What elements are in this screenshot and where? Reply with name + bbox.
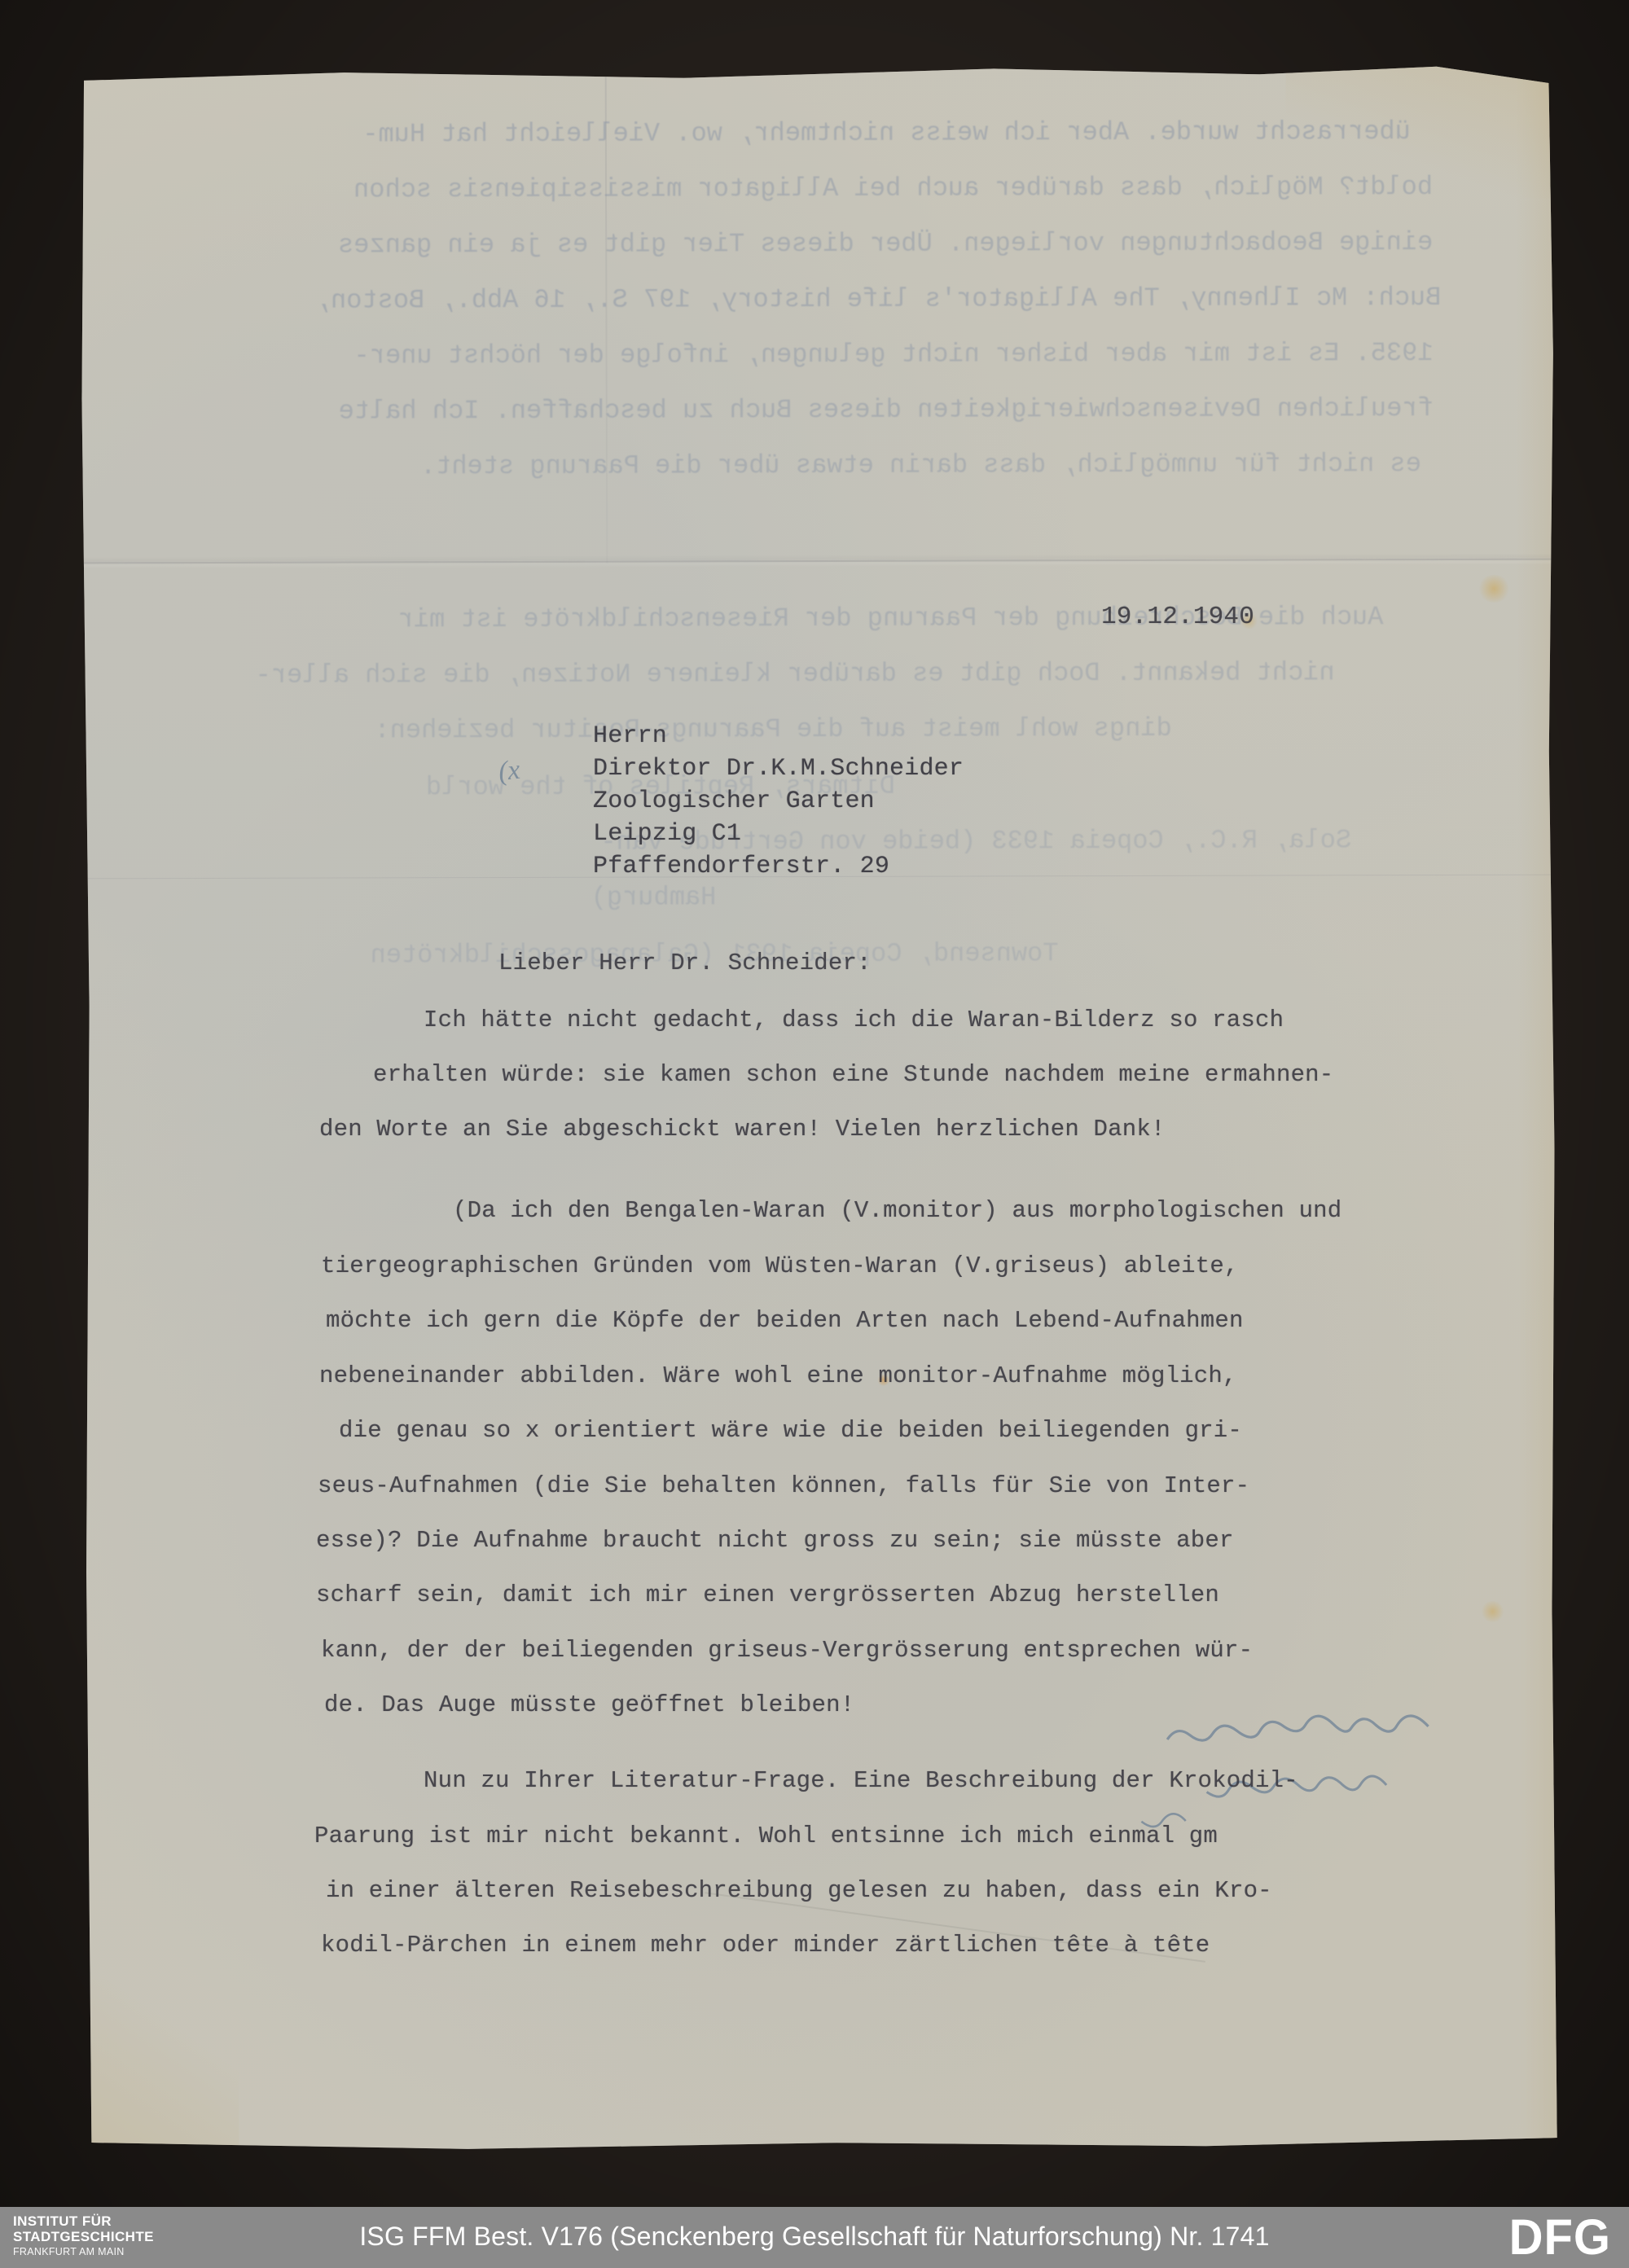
typed-line: erhalten würde: sie kamen schon eine Stu… (373, 1063, 1333, 1086)
typed-line: Ich hätte nicht gedacht, dass ich die Wa… (424, 1008, 1284, 1032)
bleedthrough-line: freulichen Devisenschwierigkeiten dieses… (338, 396, 1433, 425)
bleedthrough-line: 1935. Es ist mir aber bisher nicht gelun… (354, 340, 1434, 369)
recipient-line: Herrn (593, 720, 964, 752)
bleedthrough-line: Buch: Mc Ilhenny, The Alligator's life h… (315, 285, 1442, 314)
crease-horizontal-upper (80, 559, 1556, 564)
dfg-logo: DFG (1509, 2209, 1611, 2266)
bleedthrough-line: überrascht wurde. Aber ich weiss nichtme… (362, 119, 1411, 147)
paper-edge-tint-bottom-left (84, 1979, 239, 2158)
salutation: Lieber Herr Dr. Schneider: (498, 951, 872, 975)
paper-fold-top-right (1286, 60, 1555, 200)
typed-line: Paarung ist mir nicht bekannt. Wohl ents… (314, 1824, 1218, 1848)
bleedthrough-line: nicht bekannt. Doch gibt es darüber klei… (256, 660, 1335, 688)
recipient-block: HerrnDirektor Dr.K.M.SchneiderZoologisch… (593, 720, 964, 883)
handwritten-mark: (x (497, 755, 521, 788)
typed-line: tiergeographischen Gründen vom Wüsten-Wa… (321, 1254, 1239, 1278)
stain-spot-1 (1478, 575, 1510, 603)
bleedthrough-line: einige Beobachtungen vorliegen. Über die… (338, 230, 1433, 259)
recipient-line: Leipzig C1 (593, 818, 964, 850)
archive-reference: ISG FFM Best. V176 (Senckenberg Gesellsc… (0, 2222, 1629, 2252)
typed-line: kann, der der beiliegenden griseus-Vergr… (321, 1638, 1253, 1662)
typed-line: (Da ich den Bengalen-Waran (V.monitor) a… (453, 1199, 1341, 1222)
typed-line: möchte ich gern die Köpfe der beiden Art… (326, 1309, 1244, 1332)
typed-line: esse)? Die Aufnahme braucht nicht gross … (316, 1529, 1234, 1552)
stain-spot-3 (1481, 1601, 1505, 1622)
typed-line: kodil-Pärchen in einem mehr oder minder … (321, 1933, 1210, 1957)
bleedthrough-line: Hamburg) (591, 884, 717, 910)
typed-line: de. Das Auge müsste geöffnet bleiben! (324, 1693, 854, 1717)
bleedthrough-line: es nicht für unmöglich, dass darin etwas… (420, 451, 1421, 480)
typed-line: in einer älteren Reisebeschreibung geles… (326, 1879, 1272, 1902)
typed-line: scharf sein, damit ich mir einen vergrös… (316, 1583, 1219, 1607)
recipient-line: Zoologischer Garten (593, 785, 964, 818)
typed-line: nebeneinander abbilden. Wäre wohl eine m… (319, 1364, 1237, 1388)
letter-date: 19.12.1940 (1101, 604, 1254, 630)
typed-line: die genau so x orientiert wäre wie die b… (339, 1419, 1242, 1442)
recipient-line: Pfaffendorferstr. 29 (593, 850, 964, 883)
typed-line: seus-Aufnahmen (die Sie behalten können,… (318, 1474, 1249, 1498)
bleedthrough-line: boldt? Möglich, dass darüber auch bei Al… (353, 174, 1433, 203)
archive-bar: INSTITUT FÜR STADTGESCHICHTE FRANKFURT A… (0, 2207, 1629, 2268)
crease-vertical-top (605, 63, 608, 564)
recipient-line: Direktor Dr.K.M.Schneider (593, 752, 964, 785)
typed-line: den Worte an Sie abgeschickt waren! Viel… (319, 1117, 1166, 1141)
typed-line: Nun zu Ihrer Literatur-Frage. Eine Besch… (424, 1769, 1298, 1792)
